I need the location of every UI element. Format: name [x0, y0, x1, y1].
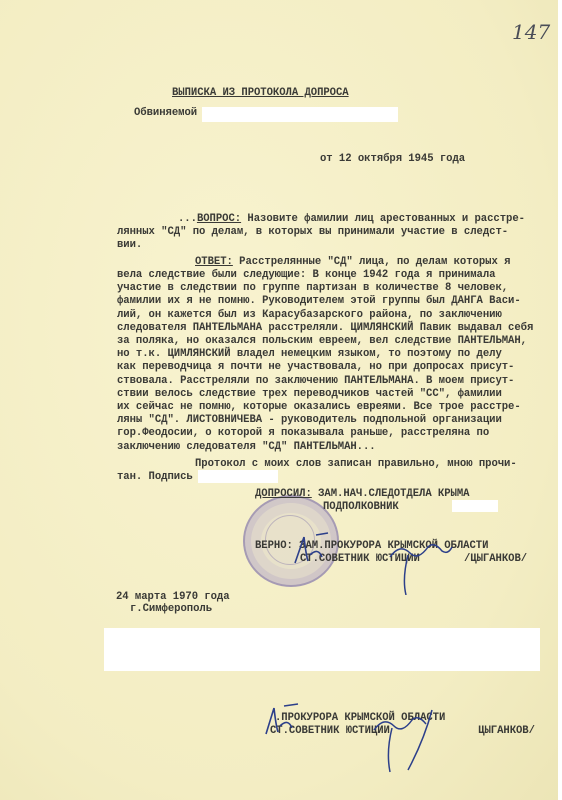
answer-line: за поляка, но оказался польским евреем, … — [117, 335, 527, 348]
answer-line: гор.Феодосии, о которой я показывала ран… — [117, 427, 489, 440]
redacted-block — [104, 628, 540, 671]
redacted-signature — [198, 470, 278, 483]
answer-line: ляны "СД". ЛИСТОВНИЧЕВА - руководитель п… — [117, 414, 502, 427]
interrogator-line-1: ДОПРОСИЛ: ЗАМ.НАЧ.СЛЕДОТДЕЛА КРЫМА — [255, 488, 469, 501]
redacted-name — [202, 107, 398, 122]
question-line-1: ...ВОПРОС: Назовите фамилии лиц арестова… — [178, 213, 525, 226]
answer-line: вела следствие были следующие: В конце 1… — [117, 269, 495, 282]
answer-line: фамилии их я не помню. Руководителем это… — [117, 295, 521, 308]
document-page: 147 ВЫПИСКА ИЗ ПРОТОКОЛА ДОПРОСА Обвиняе… — [0, 0, 562, 800]
page-edge — [558, 0, 562, 800]
question-label: ВОПРОС: — [197, 213, 241, 225]
answer-line: участие в следствии по группе партизан в… — [117, 282, 508, 295]
answer-line: но т.к. ЦИМЛЯНСКИЙ владел немецким языко… — [117, 348, 502, 361]
issue-place: г.Симферополь — [130, 603, 212, 616]
accused-label: Обвиняемой — [134, 107, 197, 120]
answer-line: их сейчас не помню, которые оказались ев… — [117, 401, 521, 414]
document-title: ВЫПИСКА ИЗ ПРОТОКОЛА ДОПРОСА — [172, 87, 349, 100]
question-line-2: лянных "СД" по делам, в которых вы прини… — [117, 226, 508, 239]
interrogator-rank: ПОДПОЛКОВНИК — [323, 501, 399, 514]
redacted-interrogator — [452, 500, 498, 512]
interrogation-date: от 12 октября 1945 года — [320, 153, 465, 166]
answer-line: ствии велось следствие трех переводчиков… — [117, 388, 502, 401]
answer-line: следователя ПАНТЕЛЬМАНА расстреляли. ЦИМ… — [117, 322, 533, 335]
answer-label: ОТВЕТ: — [195, 256, 233, 268]
answer-line: лий, он кажется был из Карасубазарского … — [117, 309, 502, 322]
answer-line-1: ОТВЕТ: Расстрелянные "СД" лица, по делам… — [195, 256, 510, 269]
page-number: 147 — [512, 20, 550, 44]
bottom-handwritten-signature — [262, 700, 482, 780]
answer-line: заключению следователя "СД" ПАНТЕЛЬМАН..… — [117, 441, 376, 454]
answer-line: как переводчица я почти не участвовала, … — [117, 361, 514, 374]
handwritten-signature — [290, 525, 490, 595]
answer-line: ствовала. Расстреляли по заключению ПАНТ… — [117, 375, 514, 388]
question-line-3: вии. — [117, 239, 142, 252]
